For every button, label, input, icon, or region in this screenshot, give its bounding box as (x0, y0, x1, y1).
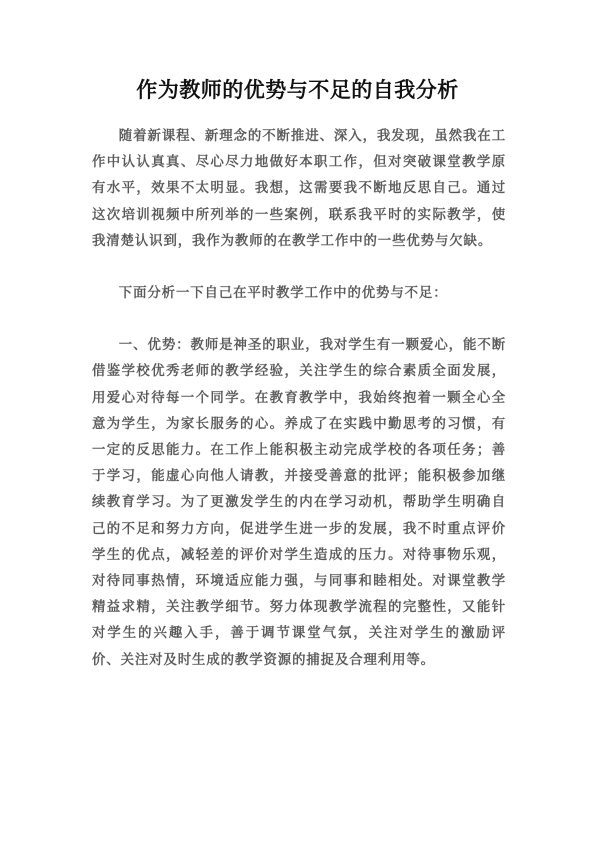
document-title: 作为教师的优势与不足的自我分析 (0, 74, 595, 104)
paragraph-spacer (92, 255, 506, 281)
document-body: 随着新课程、新理念的不断推进、深入，我发现，虽然我在工作中认认真真、尽心尽力地做… (92, 124, 506, 674)
paragraph-strengths: 一、优势：教师是神圣的职业，我对学生有一颗爱心，能不断借鉴学校优秀老师的教学经验… (92, 333, 506, 674)
paragraph-intro: 随着新课程、新理念的不断推进、深入，我发现，虽然我在工作中认认真真、尽心尽力地做… (92, 124, 506, 255)
document-page: 作为教师的优势与不足的自我分析 随着新课程、新理念的不断推进、深入，我发现，虽然… (0, 0, 595, 842)
paragraph-spacer (92, 307, 506, 333)
paragraph-analysis-lead: 下面分析一下自己在平时教学工作中的优势与不足： (92, 281, 506, 307)
